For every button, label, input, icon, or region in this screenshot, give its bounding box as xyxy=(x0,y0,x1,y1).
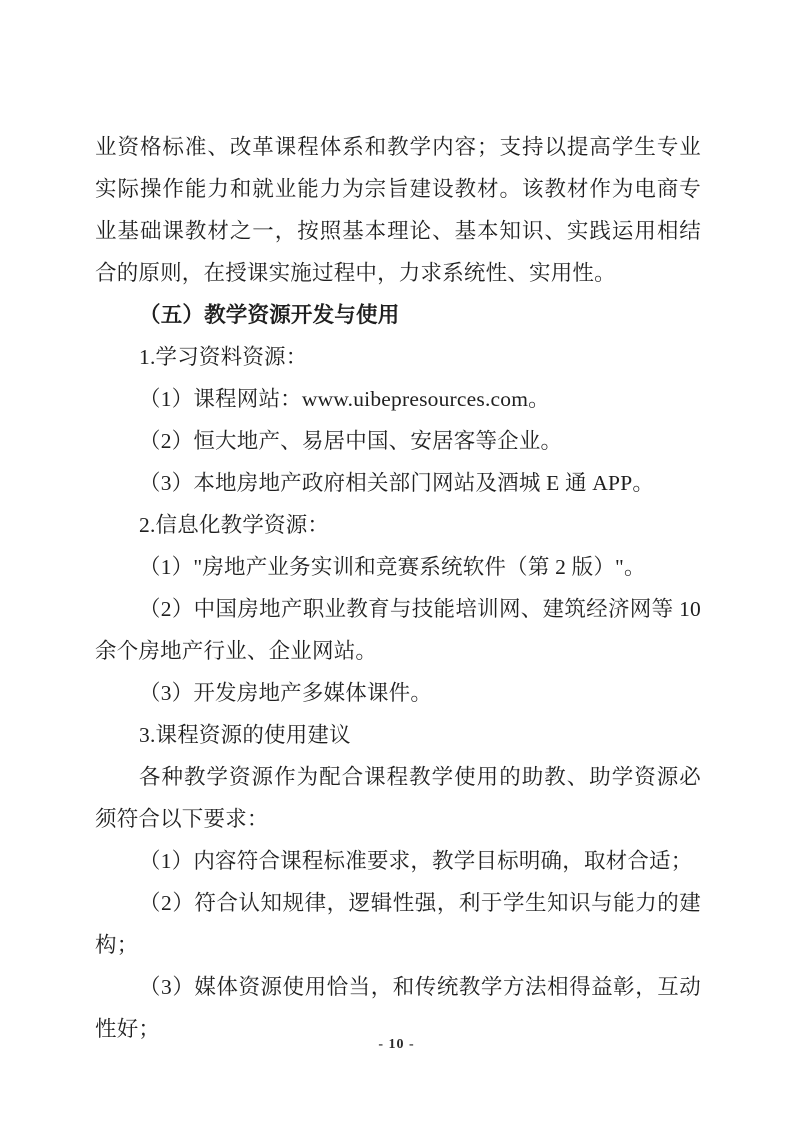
paragraph: 3.课程资源的使用建议 xyxy=(95,714,701,756)
paragraph: （2）符合认知规律，逻辑性强，利于学生知识与能力的建构； xyxy=(95,882,701,966)
page-number: - 10 - xyxy=(0,1037,793,1053)
paragraph: （1）内容符合课程标准要求，教学目标明确，取材合适； xyxy=(95,840,701,882)
paragraph: （2）中国房地产职业教育与技能培训网、建筑经济网等 10 余个房地产行业、企业网… xyxy=(95,588,701,672)
page-content: 业资格标准、改革课程体系和教学内容；支持以提高学生专业实际操作能力和就业能力为宗… xyxy=(95,126,701,1050)
paragraph: （2）恒大地产、易居中国、安居客等企业。 xyxy=(95,420,701,462)
section-heading: （五）教学资源开发与使用 xyxy=(95,294,701,336)
paragraph: （3）本地房地产政府相关部门网站及酒城 E 通 APP。 xyxy=(95,462,701,504)
paragraph: （3）开发房地产多媒体课件。 xyxy=(95,672,701,714)
paragraph: （1）"房地产业务实训和竞赛系统软件（第 2 版）"。 xyxy=(95,546,701,588)
paragraph: （1）课程网站：www.uibepresources.com。 xyxy=(95,378,701,420)
paragraph: 1.学习资料资源： xyxy=(95,336,701,378)
paragraph: 业资格标准、改革课程体系和教学内容；支持以提高学生专业实际操作能力和就业能力为宗… xyxy=(95,126,701,294)
paragraph: 各种教学资源作为配合课程教学使用的助教、助学资源必须符合以下要求： xyxy=(95,756,701,840)
document-page: 业资格标准、改革课程体系和教学内容；支持以提高学生专业实际操作能力和就业能力为宗… xyxy=(0,0,793,1122)
paragraph: 2.信息化教学资源： xyxy=(95,504,701,546)
